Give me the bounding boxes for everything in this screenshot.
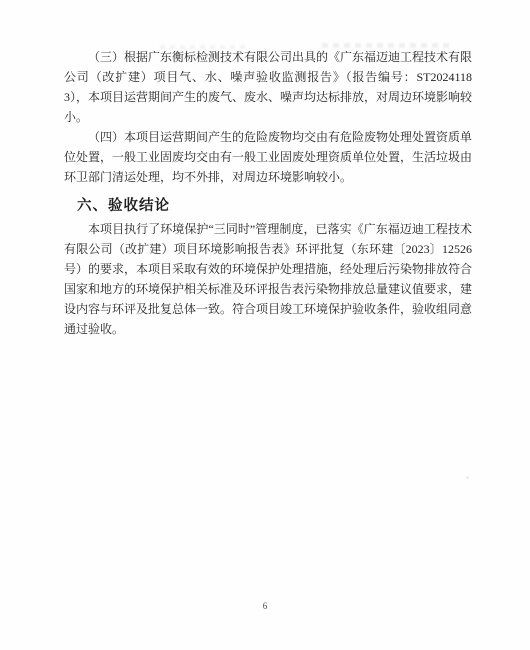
- text-block: （三）根据广东衡标检测技术有限公司出具的《广东福迈迪工程技术有限公司（改扩建）项…: [64, 47, 472, 339]
- paragraph-waste-disposal: （四）本项目运营期间产生的危险废物均交由有危险废物处理处置资质单位处置，一般工业…: [64, 127, 472, 187]
- paragraph-monitoring-report: （三）根据广东衡标检测技术有限公司出具的《广东福迈迪工程技术有限公司（改扩建）项…: [64, 47, 472, 127]
- section-heading-acceptance-conclusion: 六、验收结论: [77, 196, 472, 216]
- paragraph-conclusion: 本项目执行了环境保护“三同时”管理制度，已落实《广东福迈迪工程技术有限公司（改扩…: [64, 219, 472, 339]
- page-number: 6: [0, 601, 530, 611]
- scan-artifact: [466, 476, 469, 479]
- document-page: （三）根据广东衡标检测技术有限公司出具的《广东福迈迪工程技术有限公司（改扩建）项…: [0, 0, 530, 650]
